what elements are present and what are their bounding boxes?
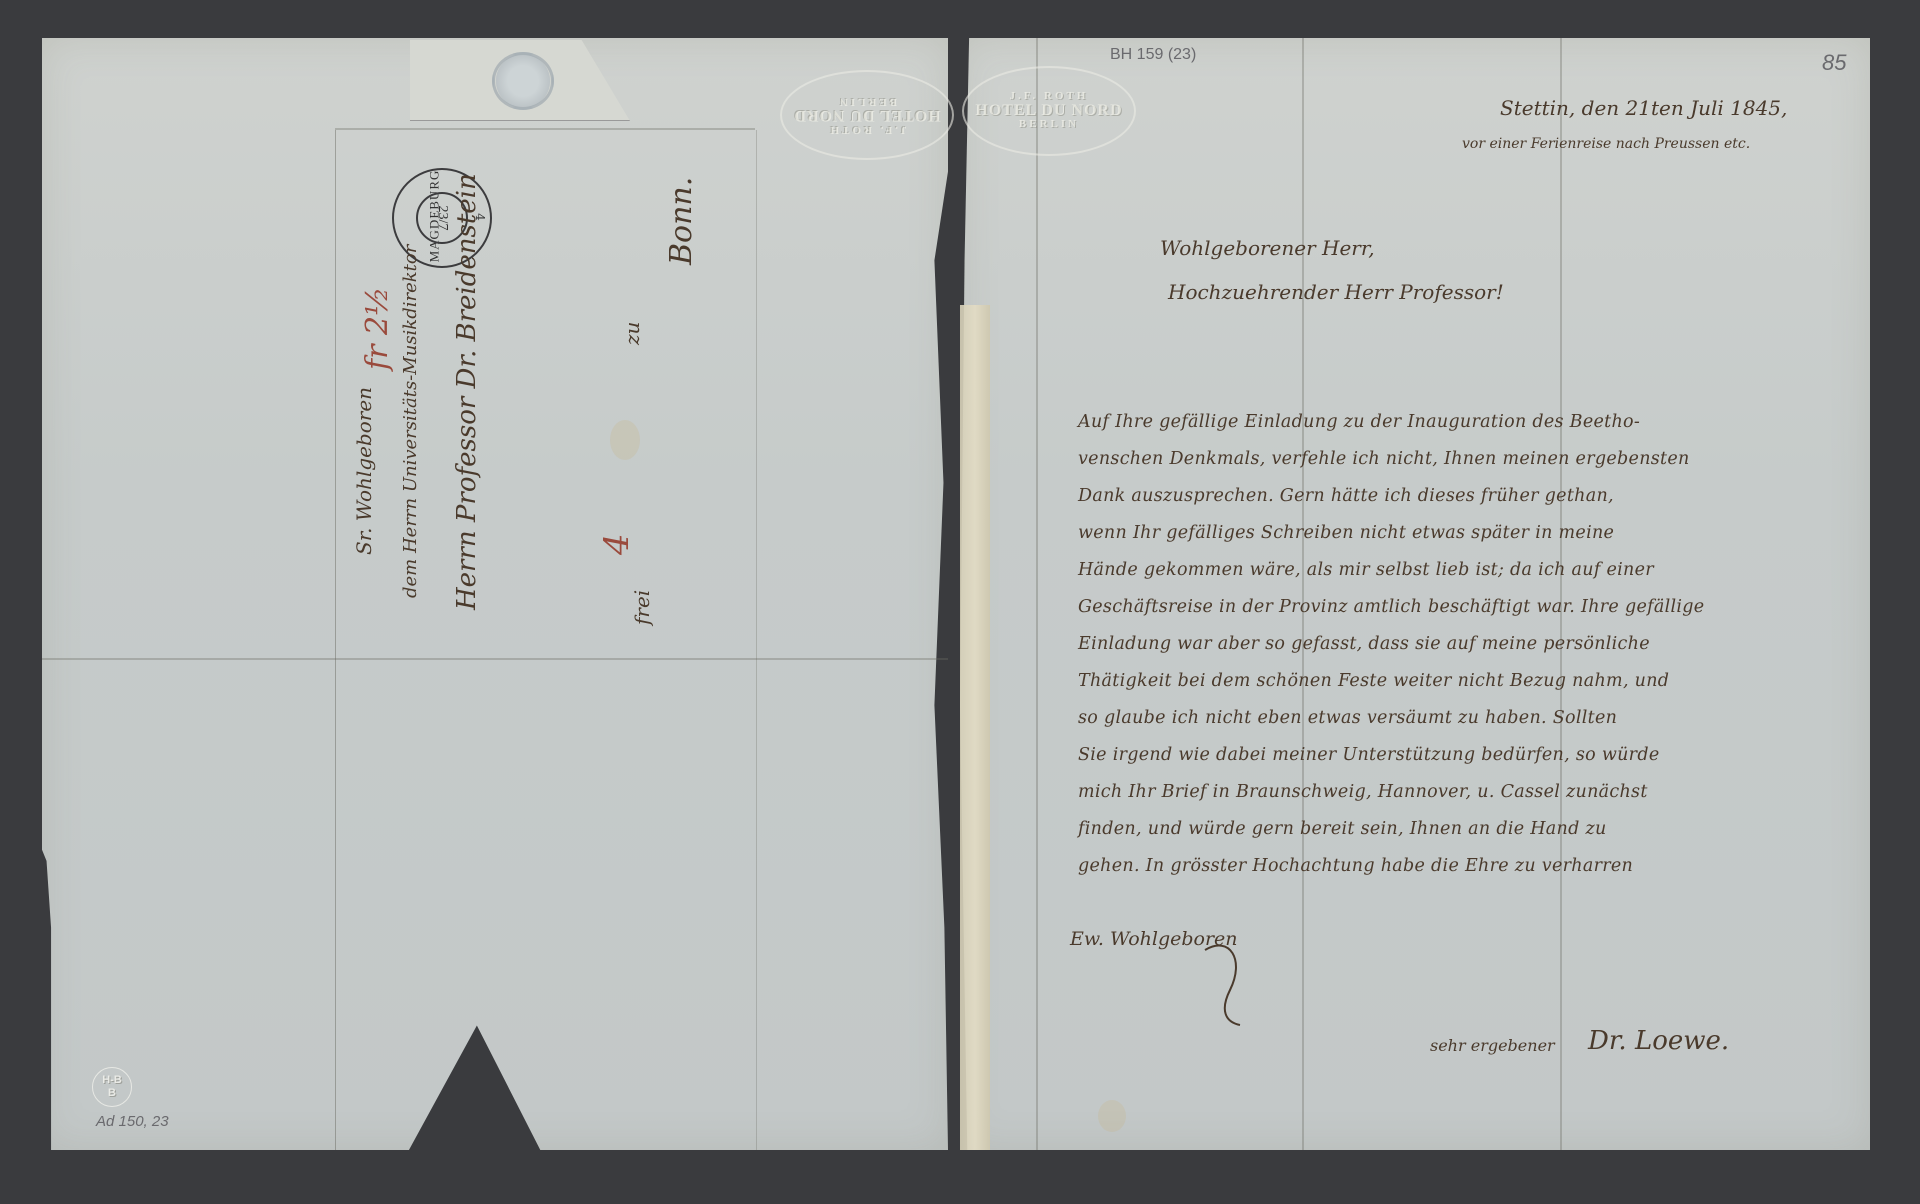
folio-number: 85 <box>1822 50 1846 76</box>
salutation-line-2: Hochzuehrender Herr Professor! <box>1168 280 1504 304</box>
water-stain <box>1098 1100 1126 1132</box>
address-line-3: Herrn Professor Dr. Breidenstein <box>452 173 482 610</box>
body-line: Sie irgend wie dabei meiner Unterstützun… <box>1078 745 1878 765</box>
closing-phrase: sehr ergebener <box>1430 1036 1555 1055</box>
body-line: venschen Denkmals, verfehle ich nicht, I… <box>1078 449 1878 469</box>
body-line: Dank auszusprechen. Gern hätte ich diese… <box>1078 486 1878 506</box>
letter-body: Auf Ihre gefällige Einladung zu der Inau… <box>1078 412 1878 876</box>
salutation-line-1: Wohlgeborener Herr, <box>1160 236 1375 260</box>
hotel-emboss: J.F. ROTH HOTEL DU NORD BERLIN <box>962 66 1136 156</box>
dateline: Stettin, den 21ten Juli 1845, <box>1500 96 1787 120</box>
body-line: finden, und würde gern bereit sein, Ihne… <box>1078 819 1878 839</box>
address-line-2: dem Herrn Universitäts-Musikdirektor <box>400 245 421 598</box>
body-line: Thätigkeit bei dem schönen Feste weiter … <box>1078 671 1878 691</box>
body-line: Geschäftsreise in der Provinz amtlich be… <box>1078 597 1878 617</box>
body-line: Auf Ihre gefällige Einladung zu der Inau… <box>1078 412 1878 432</box>
franking-note: frei <box>630 590 654 625</box>
signature: Dr. Loewe. <box>1588 1026 1729 1056</box>
body-line: gehen. In grösster Hochachtung habe die … <box>1078 856 1878 876</box>
wax-seal-icon <box>492 52 554 110</box>
postage-number-red: 4 <box>597 533 637 555</box>
hotel-emboss-mirrored: J.F. ROTH HOTEL DU NORD BERLIN <box>780 70 954 160</box>
pencil-shelfmark: BH 159 (23) <box>1110 46 1196 64</box>
archive-stamp: H-B B <box>92 1067 132 1107</box>
body-line: Einladung war aber so gefasst, dass sie … <box>1078 634 1878 654</box>
body-line: mich Ihr Brief in Braunschweig, Hannover… <box>1078 782 1878 802</box>
flourish-icon <box>1200 940 1260 1030</box>
body-line: Hände gekommen wäre, als mir selbst lieb… <box>1078 560 1878 580</box>
body-line: wenn Ihr gefälliges Schreiben nicht etwa… <box>1078 523 1878 543</box>
fold-line <box>1036 38 1038 1150</box>
repair-tape <box>960 305 990 1150</box>
water-stain <box>610 420 640 460</box>
body-line: so glaube ich nicht eben etwas versäumt … <box>1078 708 1878 728</box>
envelope-panel <box>335 130 757 1150</box>
address-line-1: Sr. Wohlgeboren <box>352 387 376 555</box>
address-line-5: Bonn. <box>664 177 699 265</box>
shelfmark-pencil: Ad 150, 23 <box>96 1113 169 1130</box>
address-line-4: zu <box>620 322 644 345</box>
postage-mark-red: fr 2½ <box>360 287 395 370</box>
dateline-subnote: vor einer Ferienreise nach Preussen etc. <box>1462 136 1750 152</box>
